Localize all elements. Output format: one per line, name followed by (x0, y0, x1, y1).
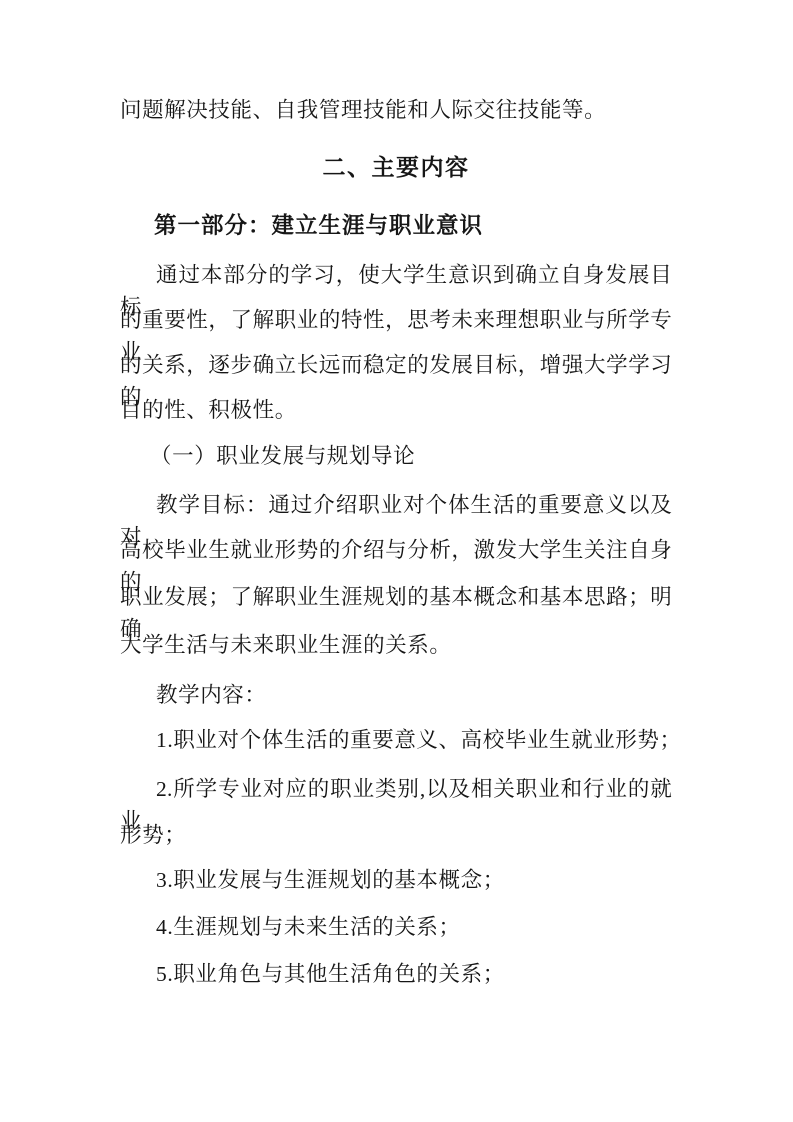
text-line: （一）职业发展与规划导论 (120, 440, 672, 472)
text-line: 教学内容： (120, 679, 672, 711)
text-line: 大学生活与未来职业生涯的关系。 (120, 629, 672, 661)
text-line: 形势； (120, 819, 672, 851)
text-line: 问题解决技能、自我管理技能和人际交往技能等。 (120, 94, 672, 126)
heading-line: 二、主要内容 (120, 151, 672, 183)
heading-line: 第一部分：建立生涯与职业意识 (120, 210, 672, 242)
text-line: 3.职业发展与生涯规划的基本概念； (120, 864, 672, 896)
text-line: 目的性、积极性。 (120, 394, 672, 426)
text-line: 1.职业对个体生活的重要意义、高校毕业生就业形势； (120, 724, 672, 756)
document-page: 问题解决技能、自我管理技能和人际交往技能等。二、主要内容第一部分：建立生涯与职业… (0, 0, 793, 1122)
text-line: 4.生涯规划与未来生活的关系； (120, 911, 672, 943)
text-line: 5.职业角色与其他生活角色的关系； (120, 958, 672, 990)
